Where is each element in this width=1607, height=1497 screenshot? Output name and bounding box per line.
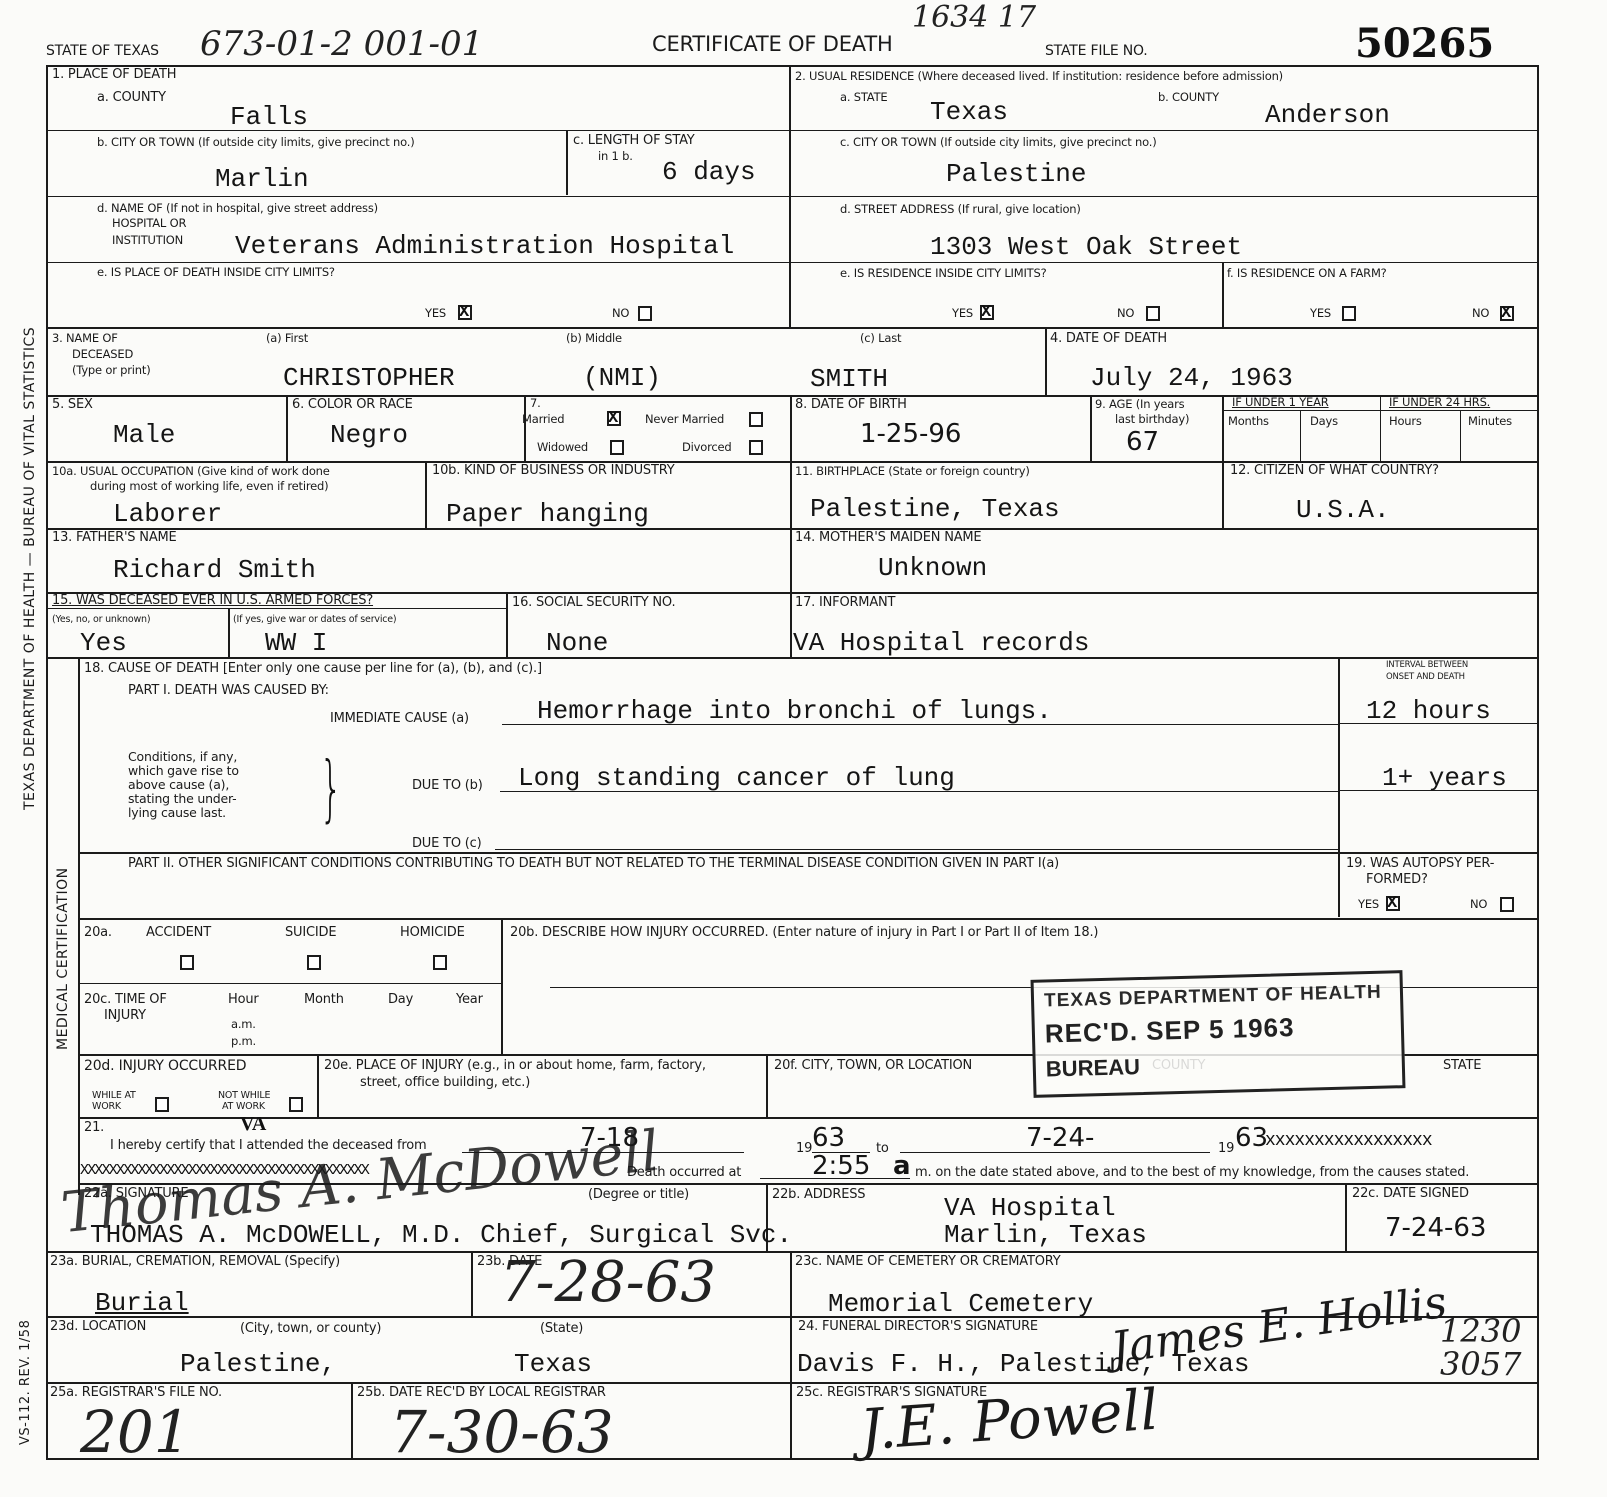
first-name-label: (a) First	[266, 332, 308, 345]
age-label: 9. AGE (In years	[1095, 398, 1184, 411]
place-of-injury-label: 20e. PLACE OF INJURY (e.g., in or about …	[324, 1059, 706, 1073]
time-of-injury-label: 20c. TIME OF	[84, 993, 167, 1007]
under-1-year-label: IF UNDER 1 YEAR	[1232, 396, 1329, 409]
attended-to-year: 63	[1235, 1124, 1268, 1152]
address-label: 22b. ADDRESS	[772, 1188, 865, 1202]
registrar-date-value: 7-30-63	[390, 1398, 614, 1466]
residence-inside-yes-checkbox[interactable]	[980, 305, 994, 320]
days-label: Days	[1310, 415, 1338, 428]
residence-county-label: b. COUNTY	[1158, 91, 1219, 104]
not-at-work-checkbox[interactable]	[289, 1097, 303, 1112]
institution-value: Veterans Administration Hospital	[235, 232, 734, 260]
suicide-label: SUICIDE	[285, 926, 336, 940]
armed-forces-value: Yes	[80, 629, 127, 657]
middle-name-value: (NMI)	[583, 364, 661, 392]
race-label: 6. COLOR OR RACE	[292, 398, 413, 412]
autopsy-no-label: NO	[1470, 898, 1487, 911]
pm-label: p.m.	[231, 1035, 256, 1048]
institution-label-3: INSTITUTION	[112, 234, 183, 247]
last-name-label: (c) Last	[860, 332, 901, 345]
attended-from-year: 63	[812, 1124, 845, 1152]
residence-street-label: d. STREET ADDRESS (If rural, give locati…	[840, 203, 1081, 216]
death-county-label: a. COUNTY	[97, 91, 166, 105]
month-label: Month	[304, 993, 344, 1007]
ssn-label: 16. SOCIAL SECURITY NO.	[512, 596, 675, 610]
burial-state-sublabel: (State)	[540, 1322, 583, 1336]
burial-city-sublabel: (City, town, or county)	[240, 1322, 381, 1336]
to-label: to	[876, 1142, 889, 1156]
address-line-1: VA Hospital	[944, 1194, 1116, 1222]
hours-label: Hours	[1389, 415, 1422, 428]
industry-label: 10b. KIND OF BUSINESS OR INDUSTRY	[432, 464, 674, 478]
accident-checkbox[interactable]	[180, 955, 194, 970]
death-city-label: b. CITY OR TOWN (If outside city limits,…	[97, 136, 415, 149]
farm-no-label: NO	[1472, 307, 1489, 320]
residence-inside-limits-label: e. IS RESIDENCE INSIDE CITY LIMITS?	[840, 267, 1047, 280]
certificate-title: CERTIFICATE OF DEATH	[652, 32, 893, 56]
autopsy-yes-label: YES	[1358, 898, 1379, 911]
length-of-stay-label: c. LENGTH OF STAY	[573, 134, 695, 148]
part-2-label: PART II. OTHER SIGNIFICANT CONDITIONS CO…	[128, 857, 1059, 871]
age-value: 67	[1126, 428, 1159, 456]
certification-number: 21.	[84, 1121, 104, 1135]
marital-never-married-label: Never Married	[645, 413, 724, 426]
handwritten-annotation: 1634 17	[912, 0, 1036, 35]
occupation-value: Laborer	[113, 500, 222, 528]
year-label: Year	[456, 993, 483, 1007]
place-of-injury-sublabel: street, office building, etc.)	[360, 1076, 530, 1090]
marital-married-label: Married	[522, 413, 564, 426]
certification-text-2: m. on the date stated above, and to the …	[915, 1166, 1469, 1180]
war-service-value: WW I	[265, 629, 327, 657]
funeral-director-number-2: 3057	[1440, 1345, 1521, 1383]
due-to-b-interval-value: 1+ years	[1382, 764, 1507, 792]
residence-county-value: Anderson	[1265, 101, 1390, 129]
occupation-label: 10a. USUAL OCCUPATION (Give kind of work…	[52, 465, 330, 478]
injury-city-label: 20f. CITY, TOWN, OR LOCATION	[774, 1059, 972, 1073]
death-time-ampm: a	[893, 1152, 911, 1180]
residence-state-value: Texas	[930, 98, 1008, 126]
residence-city-value: Palestine	[946, 160, 1086, 188]
decedent-name-label-3: (Type or print)	[72, 364, 150, 377]
nineteen-to: 19	[1218, 1142, 1234, 1156]
burial-location-city: Palestine,	[180, 1350, 336, 1378]
date-signed-label: 22c. DATE SIGNED	[1352, 1187, 1469, 1201]
autopsy-yes-checkbox[interactable]	[1386, 896, 1400, 911]
autopsy-label: 19. WAS AUTOPSY PER-	[1346, 857, 1494, 871]
armed-forces-sublabel-1: (Yes, no, or unknown)	[52, 614, 150, 625]
months-label: Months	[1228, 415, 1269, 428]
last-name-value: SMITH	[810, 365, 888, 393]
marital-never-married-checkbox[interactable]	[749, 412, 763, 427]
hour-label: Hour	[228, 993, 259, 1007]
dob-label: 8. DATE OF BIRTH	[795, 398, 907, 412]
death-county-value: Falls	[230, 103, 308, 131]
marital-widowed-checkbox[interactable]	[610, 440, 624, 455]
marital-widowed-label: Widowed	[537, 441, 588, 454]
signer-name-value: THOMAS A. McDOWELL, M.D. Chief, Surgical…	[90, 1221, 792, 1249]
farm-yes-checkbox[interactable]	[1342, 306, 1356, 321]
date-signed-value: 7-24-63	[1385, 1214, 1486, 1242]
decedent-name-label-2: DECEASED	[72, 348, 133, 361]
ssn-value: None	[546, 629, 608, 657]
middle-name-label: (b) Middle	[566, 332, 622, 345]
address-line-2: Marlin, Texas	[944, 1221, 1147, 1249]
due-to-b-label: DUE TO (b)	[412, 779, 483, 793]
place-of-death-label: 1. PLACE OF DEATH	[52, 68, 176, 82]
cause-of-death-label: 18. CAUSE OF DEATH [Enter only one cause…	[84, 662, 542, 676]
mother-value: Unknown	[878, 554, 987, 582]
farm-no-checkbox[interactable]	[1500, 306, 1514, 321]
marital-divorced-label: Divorced	[682, 441, 731, 454]
marital-divorced-checkbox[interactable]	[749, 440, 763, 455]
interval-label-2: ONSET AND DEATH	[1386, 672, 1465, 683]
state-file-label: STATE FILE NO.	[1045, 44, 1148, 58]
date-of-death-label: 4. DATE OF DEATH	[1050, 332, 1167, 346]
first-name-value: CHRISTOPHER	[283, 364, 455, 392]
birthplace-label: 11. BIRTHPLACE (State or foreign country…	[795, 465, 1030, 478]
armed-forces-sublabel-2: (If yes, give war or dates of service)	[233, 614, 396, 625]
conditions-note: Conditions, if any, which gave rise to a…	[128, 750, 239, 820]
received-stamp: TEXAS DEPARTMENT OF HEALTH REC'D. SEP 5 …	[1031, 970, 1406, 1098]
form-number: VS-112. REV. 1/58	[18, 1320, 33, 1445]
funeral-home-value: Davis F. H., Palestine, Texas	[797, 1350, 1249, 1378]
length-of-stay-sublabel: in 1 b.	[598, 150, 633, 163]
armed-forces-label: 15. WAS DECEASED EVER IN U.S. ARMED FORC…	[52, 594, 373, 608]
attended-to-value: 7-24-	[1026, 1124, 1094, 1152]
farm-yes-label: YES	[1310, 307, 1331, 320]
time-of-injury-sublabel: INJURY	[104, 1009, 146, 1023]
citizen-value: U.S.A.	[1296, 496, 1390, 524]
length-of-stay-value: 6 days	[662, 158, 756, 186]
minutes-label: Minutes	[1468, 415, 1512, 428]
death-time-value: 2:55	[812, 1152, 870, 1180]
residence-street-value: 1303 West Oak Street	[930, 233, 1242, 261]
burial-location-label: 23d. LOCATION	[50, 1320, 146, 1334]
citizen-label: 12. CITIZEN OF WHAT COUNTRY?	[1230, 464, 1439, 478]
cemetery-label: 23c. NAME OF CEMETERY OR CREMATORY	[795, 1255, 1060, 1269]
due-to-b-value: Long standing cancer of lung	[518, 764, 955, 792]
not-at-work-label: NOT WHILE	[218, 1090, 270, 1101]
accident-label: ACCIDENT	[146, 926, 211, 940]
while-at-work-checkbox[interactable]	[155, 1097, 169, 1112]
injury-20a-label: 20a.	[84, 926, 112, 940]
dob-value: 1-25-96	[860, 420, 961, 448]
cemetery-value: Memorial Cemetery	[828, 1290, 1093, 1318]
state-file-number: 50265	[1355, 20, 1494, 67]
immediate-interval-value: 12 hours	[1366, 697, 1491, 725]
due-to-c-label: DUE TO (c)	[412, 837, 481, 851]
mother-label: 14. MOTHER'S MAIDEN NAME	[795, 531, 981, 545]
part-1-label: PART I. DEATH WAS CAUSED BY:	[128, 684, 329, 698]
occupation-sublabel: during most of working life, even if ret…	[90, 480, 328, 493]
death-inside-limits-label: e. IS PLACE OF DEATH INSIDE CITY LIMITS?	[97, 266, 335, 279]
brace-icon: }	[319, 748, 342, 828]
date-of-death-value: July 24, 1963	[1090, 364, 1293, 392]
father-label: 13. FATHER'S NAME	[52, 531, 177, 545]
informant-label: 17. INFORMANT	[795, 596, 895, 610]
burial-location-state: Texas	[514, 1350, 592, 1378]
while-at-work-label-2: WORK	[92, 1101, 121, 1112]
injury-description-label: 20b. DESCRIBE HOW INJURY OCCURRED. (Ente…	[510, 926, 1098, 940]
immediate-cause-value: Hemorrhage into bronchi of lungs.	[537, 697, 1052, 725]
degree-label: (Degree or title)	[588, 1188, 689, 1202]
autopsy-no-checkbox[interactable]	[1500, 897, 1514, 912]
burial-date-value: 7-28-63	[500, 1250, 716, 1315]
death-inside-yes-checkbox[interactable]	[458, 305, 472, 320]
death-inside-yes-label: YES	[425, 307, 446, 320]
residence-inside-no-checkbox[interactable]	[1146, 306, 1160, 321]
registrar-file-value: 201	[80, 1398, 191, 1466]
immediate-cause-label: IMMEDIATE CAUSE (a)	[330, 712, 469, 726]
while-at-work-label: WHILE AT	[92, 1090, 136, 1101]
x-fill-right: xxxxxxxxxxxxxxxxx	[1265, 1131, 1432, 1151]
not-at-work-label-2: AT WORK	[222, 1101, 265, 1112]
decedent-name-label: 3. NAME OF	[52, 332, 118, 345]
marital-label: 7.	[530, 397, 541, 410]
institution-label-2: HOSPITAL OR	[112, 217, 186, 230]
autopsy-sublabel: FORMED?	[1366, 873, 1428, 887]
homicide-checkbox[interactable]	[433, 955, 447, 970]
residence-city-label: c. CITY OR TOWN (If outside city limits,…	[840, 136, 1157, 149]
residence-label: 2. USUAL RESIDENCE (Where deceased lived…	[795, 70, 1283, 83]
day-label: Day	[388, 993, 413, 1007]
state-label: STATE OF TEXAS	[46, 44, 159, 58]
side-dept-label: TEXAS DEPARTMENT OF HEALTH — BUREAU OF V…	[22, 327, 38, 810]
sex-label: 5. SEX	[52, 398, 93, 412]
residence-state-label: a. STATE	[840, 91, 887, 104]
death-city-value: Marlin	[215, 165, 309, 193]
death-inside-no-label: NO	[612, 307, 629, 320]
race-value: Negro	[330, 421, 408, 449]
birthplace-value: Palestine, Texas	[810, 495, 1060, 523]
homicide-label: HOMICIDE	[400, 926, 465, 940]
informant-value: VA Hospital records	[793, 629, 1089, 657]
injury-occurred-label: 20d. INJURY OCCURRED	[84, 1059, 246, 1073]
interval-label: INTERVAL BETWEEN	[1386, 660, 1468, 671]
side-medical-label: MEDICAL CERTIFICATION	[55, 867, 71, 1050]
suicide-checkbox[interactable]	[307, 955, 321, 970]
burial-method-value: Burial	[95, 1289, 189, 1317]
age-sublabel: last birthday)	[1115, 413, 1189, 426]
burial-method-label: 23a. BURIAL, CREMATION, REMOVAL (Specify…	[50, 1255, 340, 1269]
institution-label: d. NAME OF (If not in hospital, give str…	[97, 202, 378, 215]
death-inside-no-checkbox[interactable]	[638, 306, 652, 321]
marital-married-checkbox[interactable]	[607, 411, 621, 426]
residence-inside-no-label: NO	[1117, 307, 1134, 320]
industry-value: Paper hanging	[446, 500, 649, 528]
funeral-director-label: 24. FUNERAL DIRECTOR'S SIGNATURE	[798, 1320, 1038, 1334]
farm-label: f. IS RESIDENCE ON A FARM?	[1227, 267, 1387, 280]
residence-inside-yes-label: YES	[952, 307, 973, 320]
injury-state-label: STATE	[1443, 1059, 1481, 1073]
handwritten-code: 673-01-2 001-01	[200, 24, 483, 64]
nineteen-from: 19	[796, 1142, 812, 1156]
am-label: a.m.	[231, 1018, 256, 1031]
father-value: Richard Smith	[113, 556, 316, 584]
under-24-hours-label: IF UNDER 24 HRS.	[1389, 396, 1490, 409]
sex-value: Male	[113, 421, 175, 449]
va-note: VA	[240, 1113, 266, 1136]
